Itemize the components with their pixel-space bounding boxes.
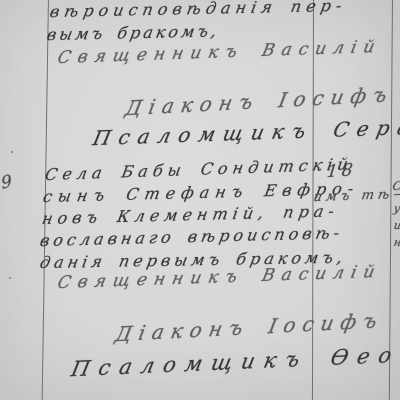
deacon-signature-2: Діаконъ Іосифъ Ар [113,305,400,347]
deacon-signature: Діаконъ Іосифъ Ар [123,79,400,121]
edge-fragment: у [393,202,400,215]
ink-speck [11,151,13,153]
margin-entry-number: 9 [0,171,13,194]
edge-fragment: и [393,219,400,232]
edge-fragment: н [393,236,400,249]
entry-faith-line-1: вославнаго вѣроисповѣ- [38,223,345,250]
ink-speck [9,277,11,279]
edge-fragment: С [392,179,400,193]
manuscript-page: 9 вѣроисповѣданія пер- вымъ бракомъ, Свя… [0,0,400,400]
handwritten-line-prev-faith-2: вымъ бракомъ, [45,21,221,44]
handwritten-line-prev-faith-1: вѣроисповѣданія пер- [48,0,348,21]
